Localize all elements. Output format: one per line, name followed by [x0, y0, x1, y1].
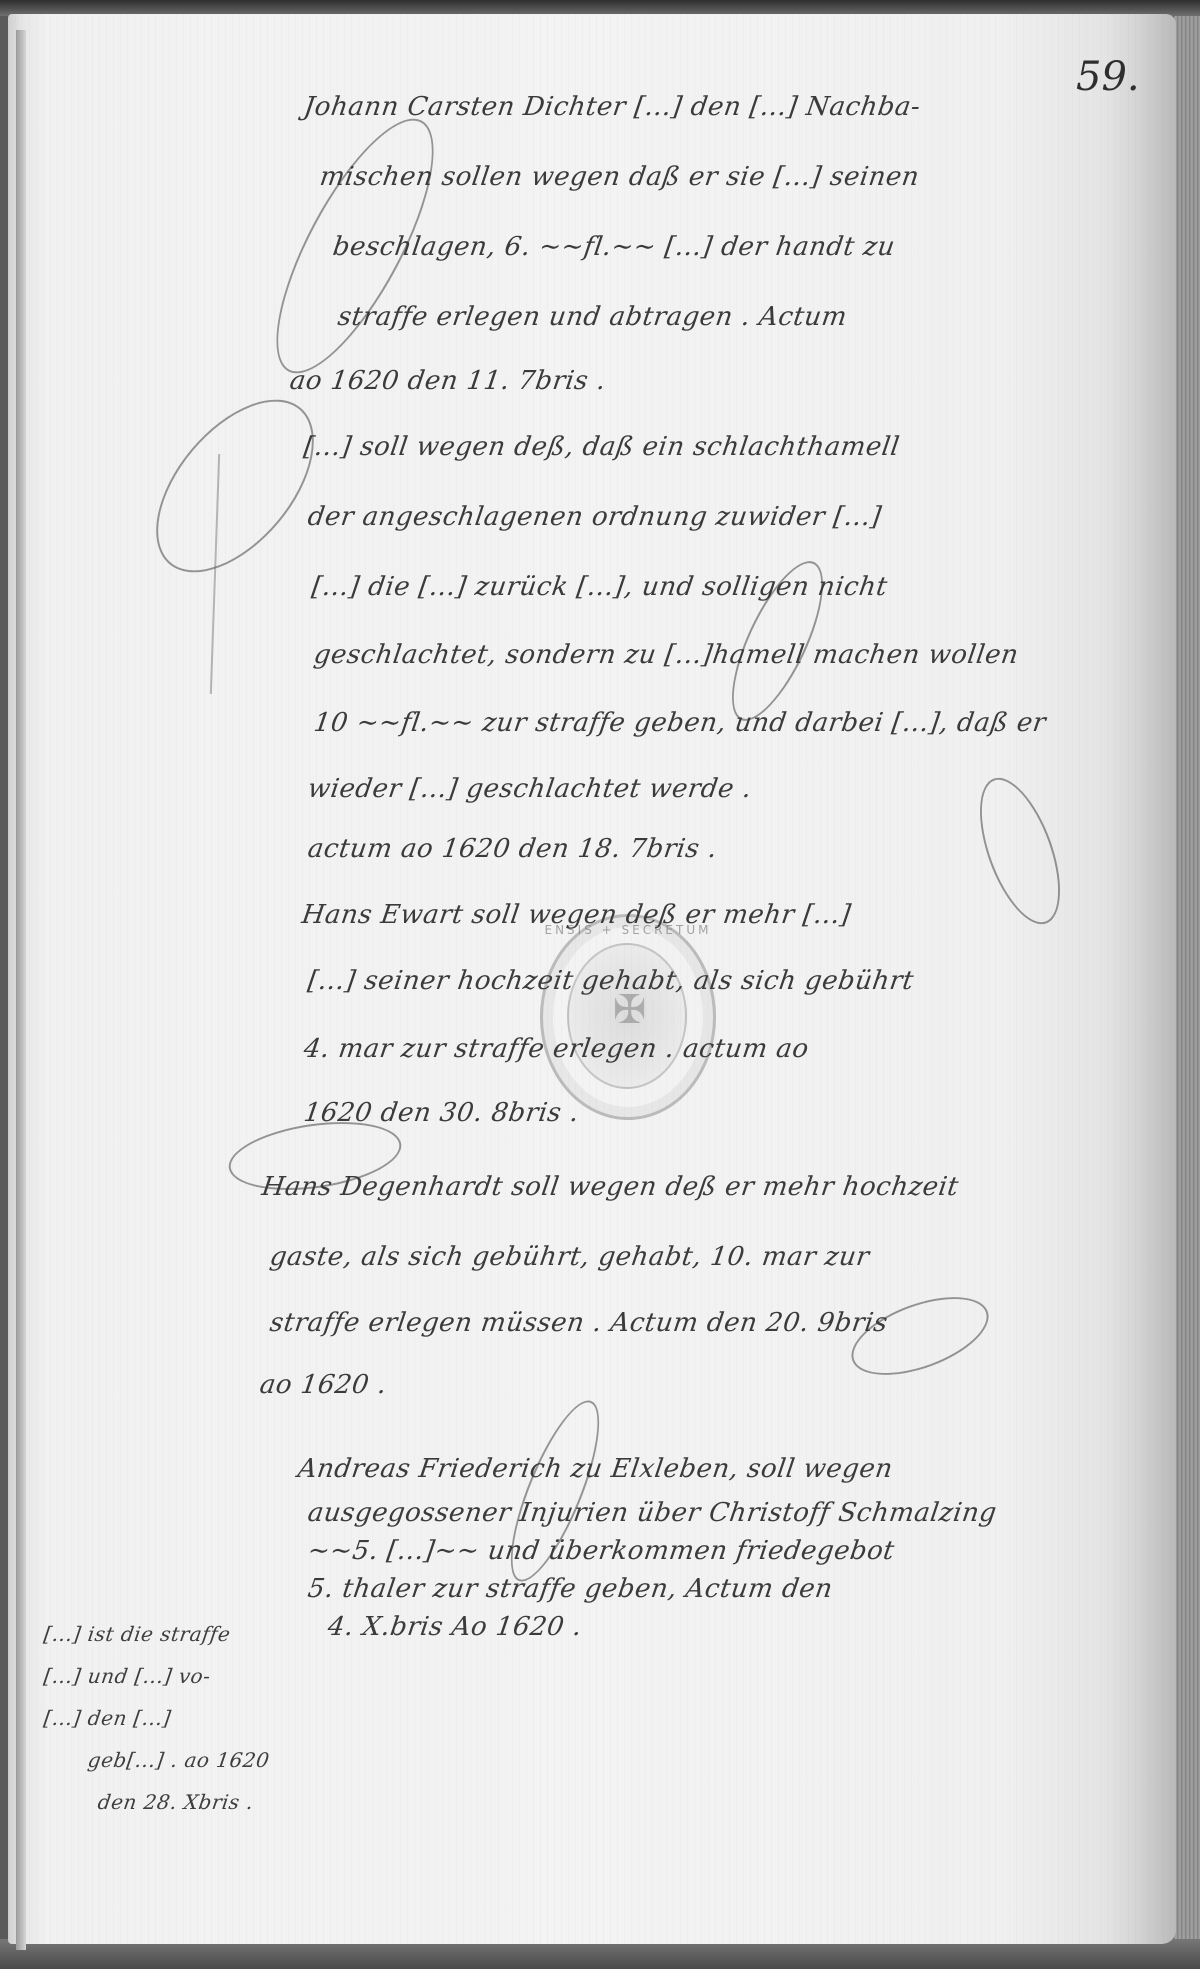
entry-line: wieder [...] geschlachtet werde . [306, 774, 754, 804]
library-seal-stamp: ENSIS + SECRETUM ✠ [540, 914, 716, 1120]
flourish-decoration [126, 371, 344, 601]
entry-line: 10 ~~fl.~~ zur straffe geben, und darbei… [312, 708, 1048, 738]
entry-line: straffe erlegen müssen . Actum den 20. 9… [268, 1308, 890, 1338]
entry-line: ausgegossener Injurien über Christoff Sc… [306, 1498, 999, 1528]
entry-line: 5. thaler zur straffe geben, Actum den [306, 1574, 835, 1604]
margin-note-line: [...] und [...] vo- [42, 1664, 212, 1688]
entry-line: ao 1620 den 11. 7bris . [288, 366, 608, 396]
entry-line: Hans Ewart soll wegen deß er mehr [...] [300, 900, 853, 930]
entry-line: 4. X.bris Ao 1620 . [326, 1612, 584, 1642]
entry-line: 1620 den 30. 8bris . [302, 1098, 581, 1128]
entry-line: beschlagen, 6. ~~fl.~~ [...] der handt z… [331, 232, 897, 262]
entry-line: ao 1620 . [258, 1370, 389, 1400]
entry-line: geschlachtet, sondern zu [...]hamell mac… [312, 640, 1021, 670]
entry-line: actum ao 1620 den 18. 7bris . [306, 834, 719, 864]
entry-line-struck: ~~5. [...]~~ und überkommen friedegebot [306, 1536, 897, 1566]
margin-rule [210, 454, 220, 694]
manuscript-page: 59. Johann Carsten Dichter [...] den [..… [8, 14, 1176, 1944]
flourish-decoration [964, 768, 1077, 935]
entry-line: der angeschlagenen ordnung zuwider [...] [306, 502, 884, 532]
entry-line: gaste, als sich gebührt, gehabt, 10. mar… [268, 1242, 872, 1272]
margin-note-line: [...] den [...] [42, 1706, 172, 1730]
entry-line: [...] die [...] zurück [...], und sollig… [310, 572, 890, 602]
entry-line: mischen sollen wegen daß er sie [...] se… [318, 162, 921, 192]
page-number: 59. [1076, 54, 1140, 100]
book-fore-edge [1174, 16, 1200, 1939]
margin-note-line: den 28. Xbris . [96, 1790, 255, 1814]
entry-line: [...] seiner hochzeit gehabt, als sich g… [306, 966, 916, 996]
margin-note-line: geb[...] . ao 1620 [86, 1748, 271, 1772]
entry-line: Hans Degenhardt soll wegen deß er mehr h… [260, 1172, 961, 1202]
scanned-page-frame: 59. Johann Carsten Dichter [...] den [..… [0, 0, 1200, 1969]
page-gutter [16, 30, 26, 1950]
entry-line: [...] soll wegen deß, daß ein schlachtha… [302, 432, 902, 462]
entry-line: straffe erlegen und abtragen . Actum [336, 302, 849, 332]
entry-line: Johann Carsten Dichter [...] den [...] N… [302, 92, 923, 122]
entry-line: Andreas Friederich zu Elxleben, soll weg… [296, 1454, 895, 1484]
entry-line: 4. mar zur straffe erlegen . actum ao [302, 1034, 811, 1064]
margin-note-line: [...] ist die straffe [42, 1622, 232, 1646]
